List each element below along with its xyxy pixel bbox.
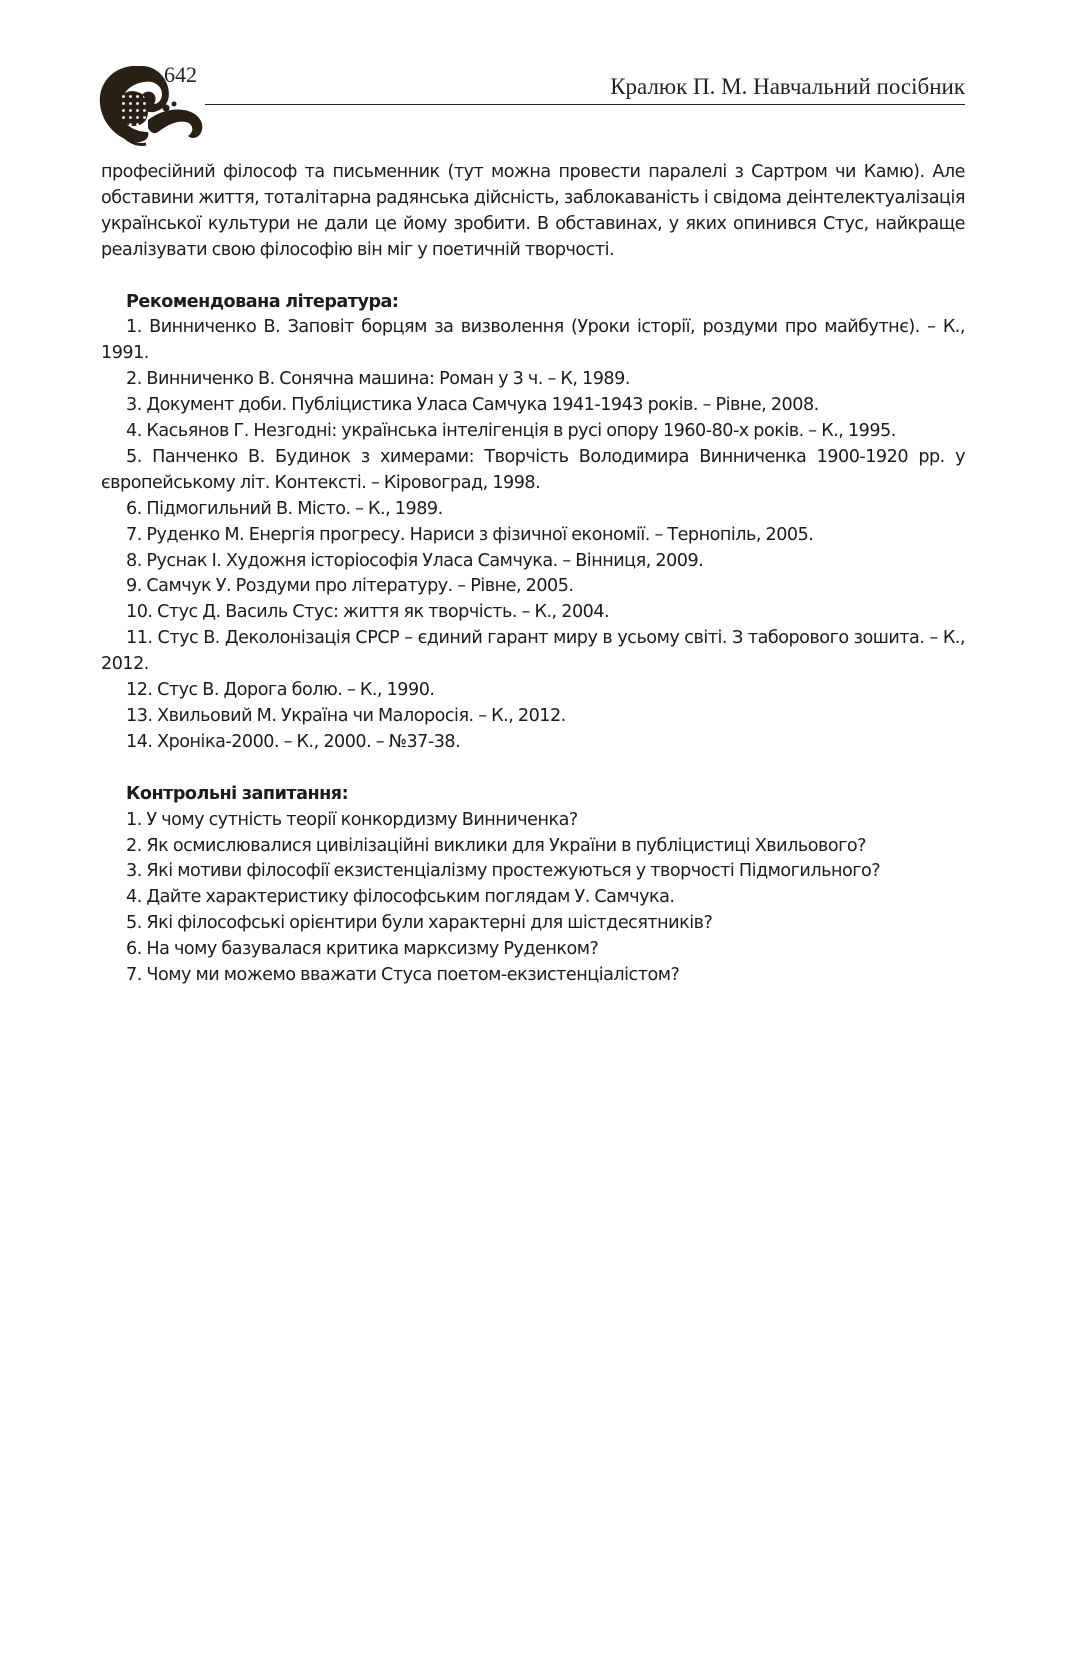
question-item: 3. Які мотиви філософії екзистенціалізму… xyxy=(101,859,965,885)
page-body: професійний філософ та письменник (тут м… xyxy=(101,160,965,989)
question-item: 6. На чому базувалася критика марксизму … xyxy=(101,937,965,963)
literature-item: 14. Хроніка-2000. – К., 2000. – №37-38. xyxy=(101,730,965,756)
page-number: 642 xyxy=(164,62,197,88)
question-item: 2. Як осмислювалися цивілізаційні виклик… xyxy=(101,834,965,860)
running-title: Кралюк П. М. Навчальний посібник xyxy=(610,74,965,100)
control-questions-section: Контрольні запитання: 1. У чому сутність… xyxy=(101,782,965,989)
question-item: 7. Чому ми можемо вважати Стуса поетом-е… xyxy=(101,963,965,989)
literature-item: 9. Самчук У. Роздуми про літературу. – Р… xyxy=(101,574,965,600)
question-item: 5. Які філософські орієнтири були характ… xyxy=(101,911,965,937)
literature-item: 3. Документ доби. Публіцистика Уласа Сам… xyxy=(101,393,965,419)
literature-item: 5. Панченко В. Будинок з химерами: Творч… xyxy=(101,445,965,497)
literature-item: 7. Руденко М. Енергія прогресу. Нариси з… xyxy=(101,523,965,549)
literature-item: 4. Касьянов Г. Незгодні: українська інте… xyxy=(101,419,965,445)
literature-item: 1. Винниченко В. Заповіт борцям за визво… xyxy=(101,315,965,367)
literature-item: 13. Хвильовий М. Україна чи Малоросія. –… xyxy=(101,704,965,730)
literature-heading: Рекомендована література: xyxy=(101,290,965,316)
question-item: 4. Дайте характеристику філософським пог… xyxy=(101,885,965,911)
literature-item: 6. Підмогильний В. Місто. – К., 1989. xyxy=(101,497,965,523)
question-item: 1. У чому сутність теорії конкордизму Ви… xyxy=(101,808,965,834)
header-rule xyxy=(205,104,965,105)
literature-item: 11. Стус В. Деколонізація СРСР – єдиний … xyxy=(101,626,965,678)
literature-item: 10. Стус Д. Василь Стус: життя як творчі… xyxy=(101,600,965,626)
literature-item: 12. Стус В. Дорога болю. – К., 1990. xyxy=(101,678,965,704)
questions-heading: Контрольні запитання: xyxy=(101,782,965,808)
recommended-literature-section: Рекомендована література: 1. Винниченко … xyxy=(101,290,965,756)
literature-item: 2. Винниченко В. Сонячна машина: Роман у… xyxy=(101,367,965,393)
literature-item: 8. Руснак І. Художня історіософія Уласа … xyxy=(101,549,965,575)
book-page: 642 Кралюк П. М. Навчальний посібник про… xyxy=(0,0,1078,1654)
intro-paragraph: професійний філософ та письменник (тут м… xyxy=(101,160,965,264)
